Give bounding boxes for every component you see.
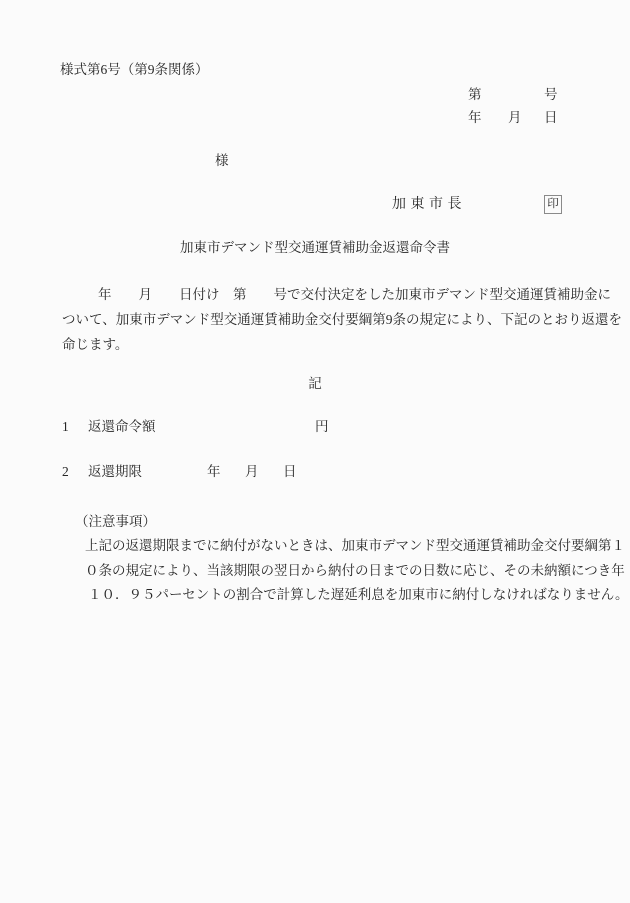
item-1-number: 1 bbox=[62, 419, 69, 435]
notes-heading: （注意事項） bbox=[75, 514, 156, 530]
item-2-number: 2 bbox=[62, 464, 69, 480]
notes-line-1: 上記の返還期限までに納付がないときは、加東市デマンド型交通運賃補助金交付要綱第１ bbox=[85, 538, 625, 554]
date-month-label: 月 bbox=[508, 110, 522, 126]
item-1-label: 返還命令額 bbox=[88, 419, 156, 435]
notes-line-3: １０．９５パーセントの割合で計算した遅延利息を加東市に納付しなければなりません。 bbox=[88, 587, 629, 603]
body-line-1: 年 月 日付け 第 号で交付決定をした加東市デマンド型交通運賃補助金に bbox=[62, 287, 611, 303]
document-title: 加東市デマンド型交通運賃補助金返還命令書 bbox=[0, 240, 630, 256]
body-line-2: ついて、加東市デマンド型交通運賃補助金交付要綱第9条の規定により、下記のとおり返… bbox=[62, 312, 622, 328]
notes-line-2: ０条の規定により、当該期限の翌日から納付の日までの日数に応じ、その未納額につき年 bbox=[85, 563, 625, 579]
item-2-day-label: 日 bbox=[283, 464, 297, 480]
form-number: 様式第6号（第9条関係） bbox=[60, 62, 209, 78]
item-2-label: 返還期限 bbox=[88, 464, 142, 480]
seal-box: 印 bbox=[544, 195, 562, 214]
addressee-honorific: 様 bbox=[215, 153, 229, 169]
date-year-label: 年 bbox=[468, 110, 482, 126]
item-2-month-label: 月 bbox=[245, 464, 259, 480]
section-marker: 記 bbox=[0, 376, 630, 392]
item-1-unit: 円 bbox=[315, 419, 329, 435]
issuer-name: 加東市長 bbox=[392, 197, 466, 213]
doc-number-suffix: 号 bbox=[544, 87, 558, 103]
item-2-year-label: 年 bbox=[207, 464, 221, 480]
date-day-label: 日 bbox=[544, 110, 558, 126]
seal-label: 印 bbox=[547, 199, 559, 211]
doc-number-prefix: 第 bbox=[468, 87, 482, 103]
body-line-3: 命じます。 bbox=[62, 337, 128, 353]
document-page: 様式第6号（第9条関係） 第 号 年 月 日 様 加東市長 印 加東市デマンド型… bbox=[0, 0, 630, 903]
